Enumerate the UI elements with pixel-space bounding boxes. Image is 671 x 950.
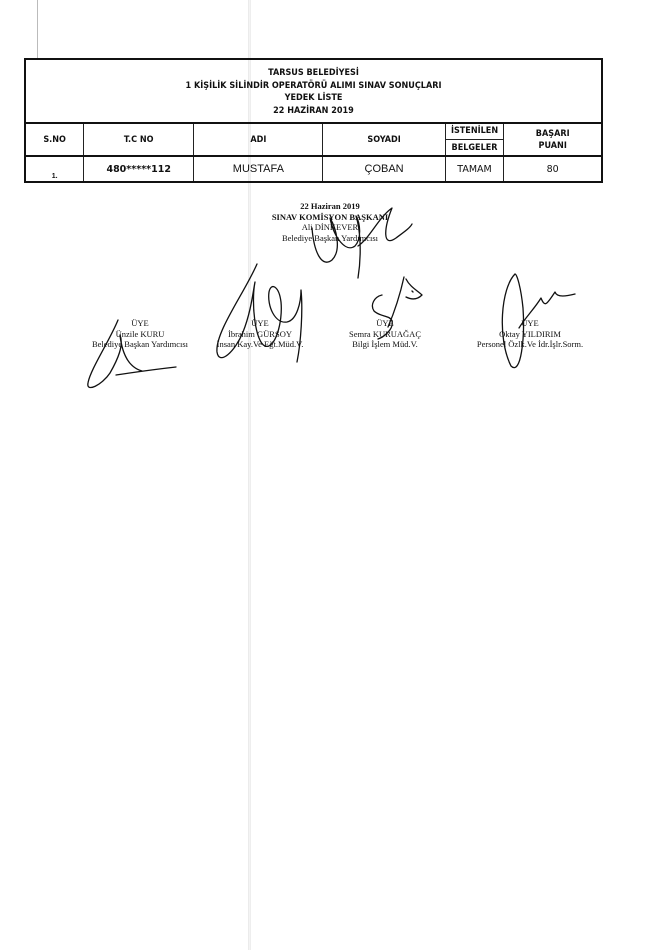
col-header-line: PUANI [504, 140, 601, 152]
signature-member-3-icon [360, 265, 440, 345]
col-header-tc-no: T.C NO [84, 123, 194, 156]
exam-date: 22 HAZİRAN 2019 [26, 105, 601, 118]
cell-soyadi: ÇOBAN [323, 156, 445, 182]
table-title: TARSUS BELEDİYESİ 1 KİŞİLİK SİLİNDİR OPE… [25, 59, 602, 123]
cell-puan: 80 [504, 156, 602, 182]
col-header-basari-puani: BAŞARI PUANI [504, 123, 602, 156]
exam-title: 1 KİŞİLİK SİLİNDİR OPERATÖRÜ ALIMI SINAV… [26, 80, 601, 93]
signature-member-1-icon [80, 315, 180, 395]
col-header-istenilen-belgeler: İSTENİLEN BELGELER [445, 123, 504, 156]
table-header-row: S.NO T.C NO ADI SOYADI İSTENİLEN BELGELE… [25, 123, 602, 156]
signature-member-2-icon [205, 262, 325, 372]
cell-adi: MUSTAFA [194, 156, 323, 182]
page-edge-mark [37, 0, 38, 60]
institution-name: TARSUS BELEDİYESİ [26, 67, 601, 80]
col-header-line: İSTENİLEN [446, 125, 504, 137]
col-header-sno: S.NO [25, 123, 84, 156]
col-header-line: BELGELER [446, 139, 504, 154]
col-header-line: BAŞARI [504, 128, 601, 140]
signature-member-4-icon [495, 268, 595, 378]
cell-tc-no: 480*****112 [84, 156, 194, 182]
list-type: YEDEK LİSTE [26, 92, 601, 105]
col-header-soyadi: SOYADI [323, 123, 445, 156]
cell-belgeler: TAMAM [445, 156, 504, 182]
table-row: 1. 480*****112 MUSTAFA ÇOBAN TAMAM 80 [25, 156, 602, 182]
col-header-adi: ADI [194, 123, 323, 156]
cell-sno: 1. [25, 156, 84, 182]
results-table: TARSUS BELEDİYESİ 1 KİŞİLİK SİLİNDİR OPE… [24, 58, 603, 183]
